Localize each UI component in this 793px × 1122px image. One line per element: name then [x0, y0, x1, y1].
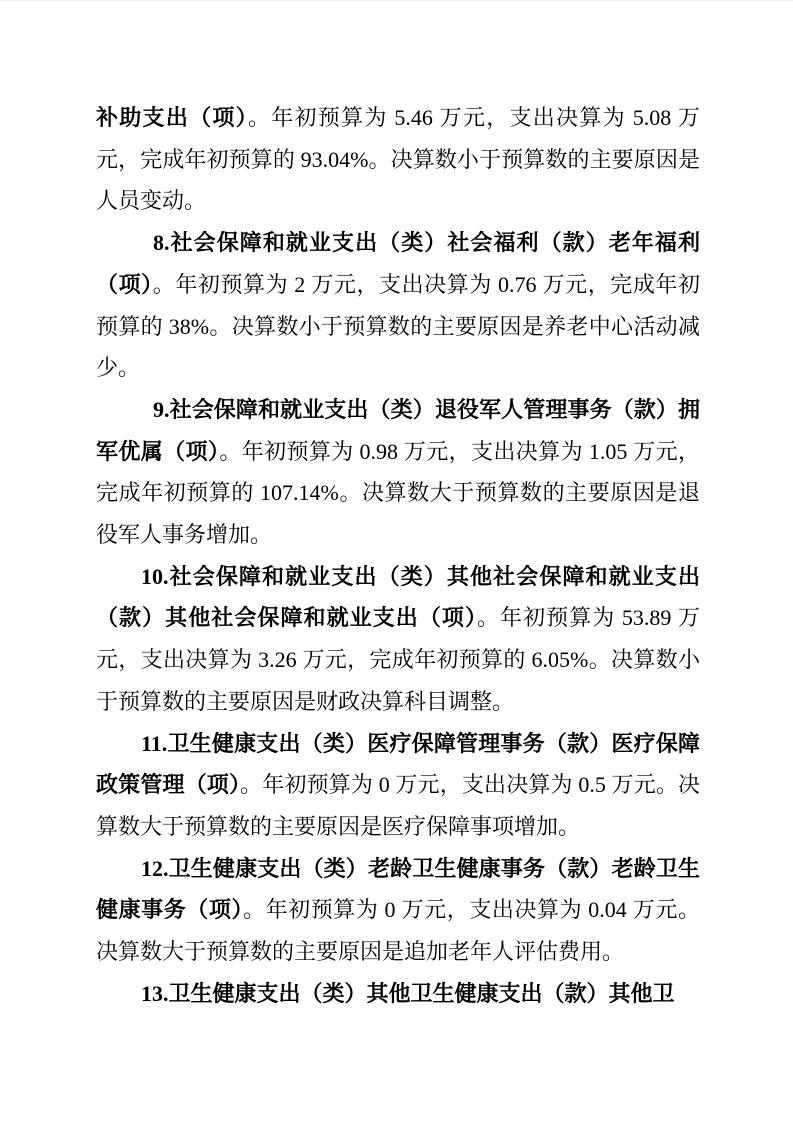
expenditure-item-body: 。年初预算为 2 万元，支出决算为 0.76 万元，完成年初预算的 38%。决算…	[96, 272, 700, 380]
document-page: 补助支出（项）。年初预算为 5.46 万元，支出决算为 5.08 万元，完成年初…	[0, 0, 793, 1122]
expenditure-item-heading: 13.卫生健康支出（类）其他卫生健康支出（款）其他卫	[141, 981, 675, 1006]
expenditure-item-paragraph: 9.社会保障和就业支出（类）退役军人管理事务（款）拥军优属（项）。年初预算为 0…	[96, 389, 700, 556]
expenditure-item-paragraph: 补助支出（项）。年初预算为 5.46 万元，支出决算为 5.08 万元，完成年初…	[96, 97, 700, 222]
expenditure-item-paragraph: 8.社会保障和就业支出（类）社会福利（款）老年福利（项）。年初预算为 2 万元，…	[96, 222, 700, 389]
expenditure-item-heading: 补助支出（项）	[96, 105, 248, 130]
document-content: 补助支出（项）。年初预算为 5.46 万元，支出决算为 5.08 万元，完成年初…	[96, 97, 700, 1014]
expenditure-item-paragraph: 11.卫生健康支出（类）医疗保障管理事务（款）医疗保障政策管理（项）。年初预算为…	[96, 723, 700, 848]
expenditure-item-paragraph: 10.社会保障和就业支出（类）其他社会保障和就业支出（款）其他社会保障和就业支出…	[96, 556, 700, 723]
expenditure-item-paragraph: 12.卫生健康支出（类）老龄卫生健康事务（款）老龄卫生健康事务（项）。年初预算为…	[96, 848, 700, 973]
expenditure-item-paragraph: 13.卫生健康支出（类）其他卫生健康支出（款）其他卫	[96, 973, 700, 1015]
